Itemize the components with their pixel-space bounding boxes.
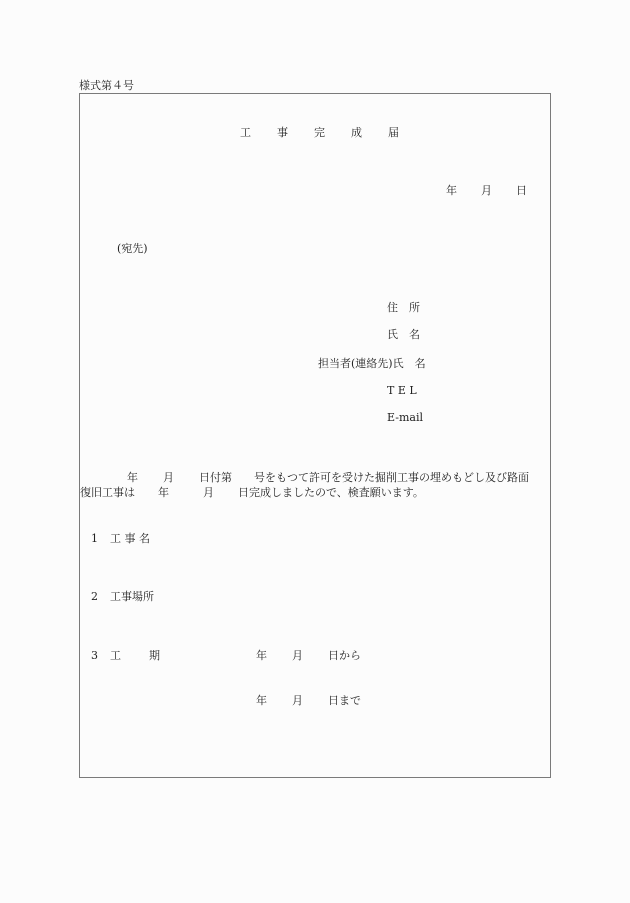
item-construction-period: 3工期 [91,650,160,661]
body-text: 日完成しましたので、検査願います。 [238,486,424,499]
item-label: 工事場所 [110,590,154,603]
addressee: (宛先) [117,243,148,254]
date-year: 年 [446,185,481,196]
address-label: 住所 [387,302,420,313]
period-from: 年月日から [256,650,361,661]
address-label-char: 住 [387,301,398,314]
period-month: 月 [292,694,303,707]
date-day: 日 [516,185,527,196]
contact-person-label: 担当者(連絡先)氏 名 [318,358,426,369]
period-year: 年 [256,649,267,662]
item-construction-name: 1工 事 名 [91,533,150,544]
title-char: 届 [388,127,425,138]
date-month: 月 [481,185,516,196]
period-day: 日から [328,649,361,662]
item-label: 工 [110,649,121,662]
name-label-char: 名 [409,328,420,341]
period-to: 年月日まで [256,695,361,706]
item-number: 1 [91,532,98,545]
item-construction-location: 2工事場所 [91,591,154,602]
title-char: 事 [277,127,314,138]
period-month: 月 [292,649,303,662]
name-label-char: 氏 [387,328,398,341]
document-title: 工事完成届 [240,127,425,138]
submission-date: 年月日 [446,185,527,196]
body-month: 月 [203,486,214,499]
body-month: 月 [163,471,174,484]
name-label: 氏名 [387,329,420,340]
title-char: 成 [351,127,388,138]
item-number: 3 [91,649,98,662]
form-number: 様式第４号 [79,80,134,91]
item-label: 工 事 名 [110,532,150,545]
body-text: 号をもつて許可を受けた掘削工事の埋めもどし及び路面 [254,471,529,484]
period-day: 日まで [328,694,361,707]
address-label-char: 所 [409,301,420,314]
title-char: 工 [240,127,277,138]
item-label: 期 [149,649,160,662]
email-label: E-mail [387,412,423,423]
period-year: 年 [256,694,267,707]
body-line-2: 復旧工事は年月日完成しましたので、検査願います。 [80,487,424,498]
body-year: 年 [127,471,138,484]
body-day-number: 日付第 [199,471,232,484]
body-year: 年 [158,486,169,499]
tel-label: T E L [387,385,417,396]
title-char: 完 [314,127,351,138]
item-number: 2 [91,590,98,603]
body-line-1: 年月日付第号をもつて許可を受けた掘削工事の埋めもどし及び路面 [127,472,529,483]
body-text: 復旧工事は [80,486,135,499]
